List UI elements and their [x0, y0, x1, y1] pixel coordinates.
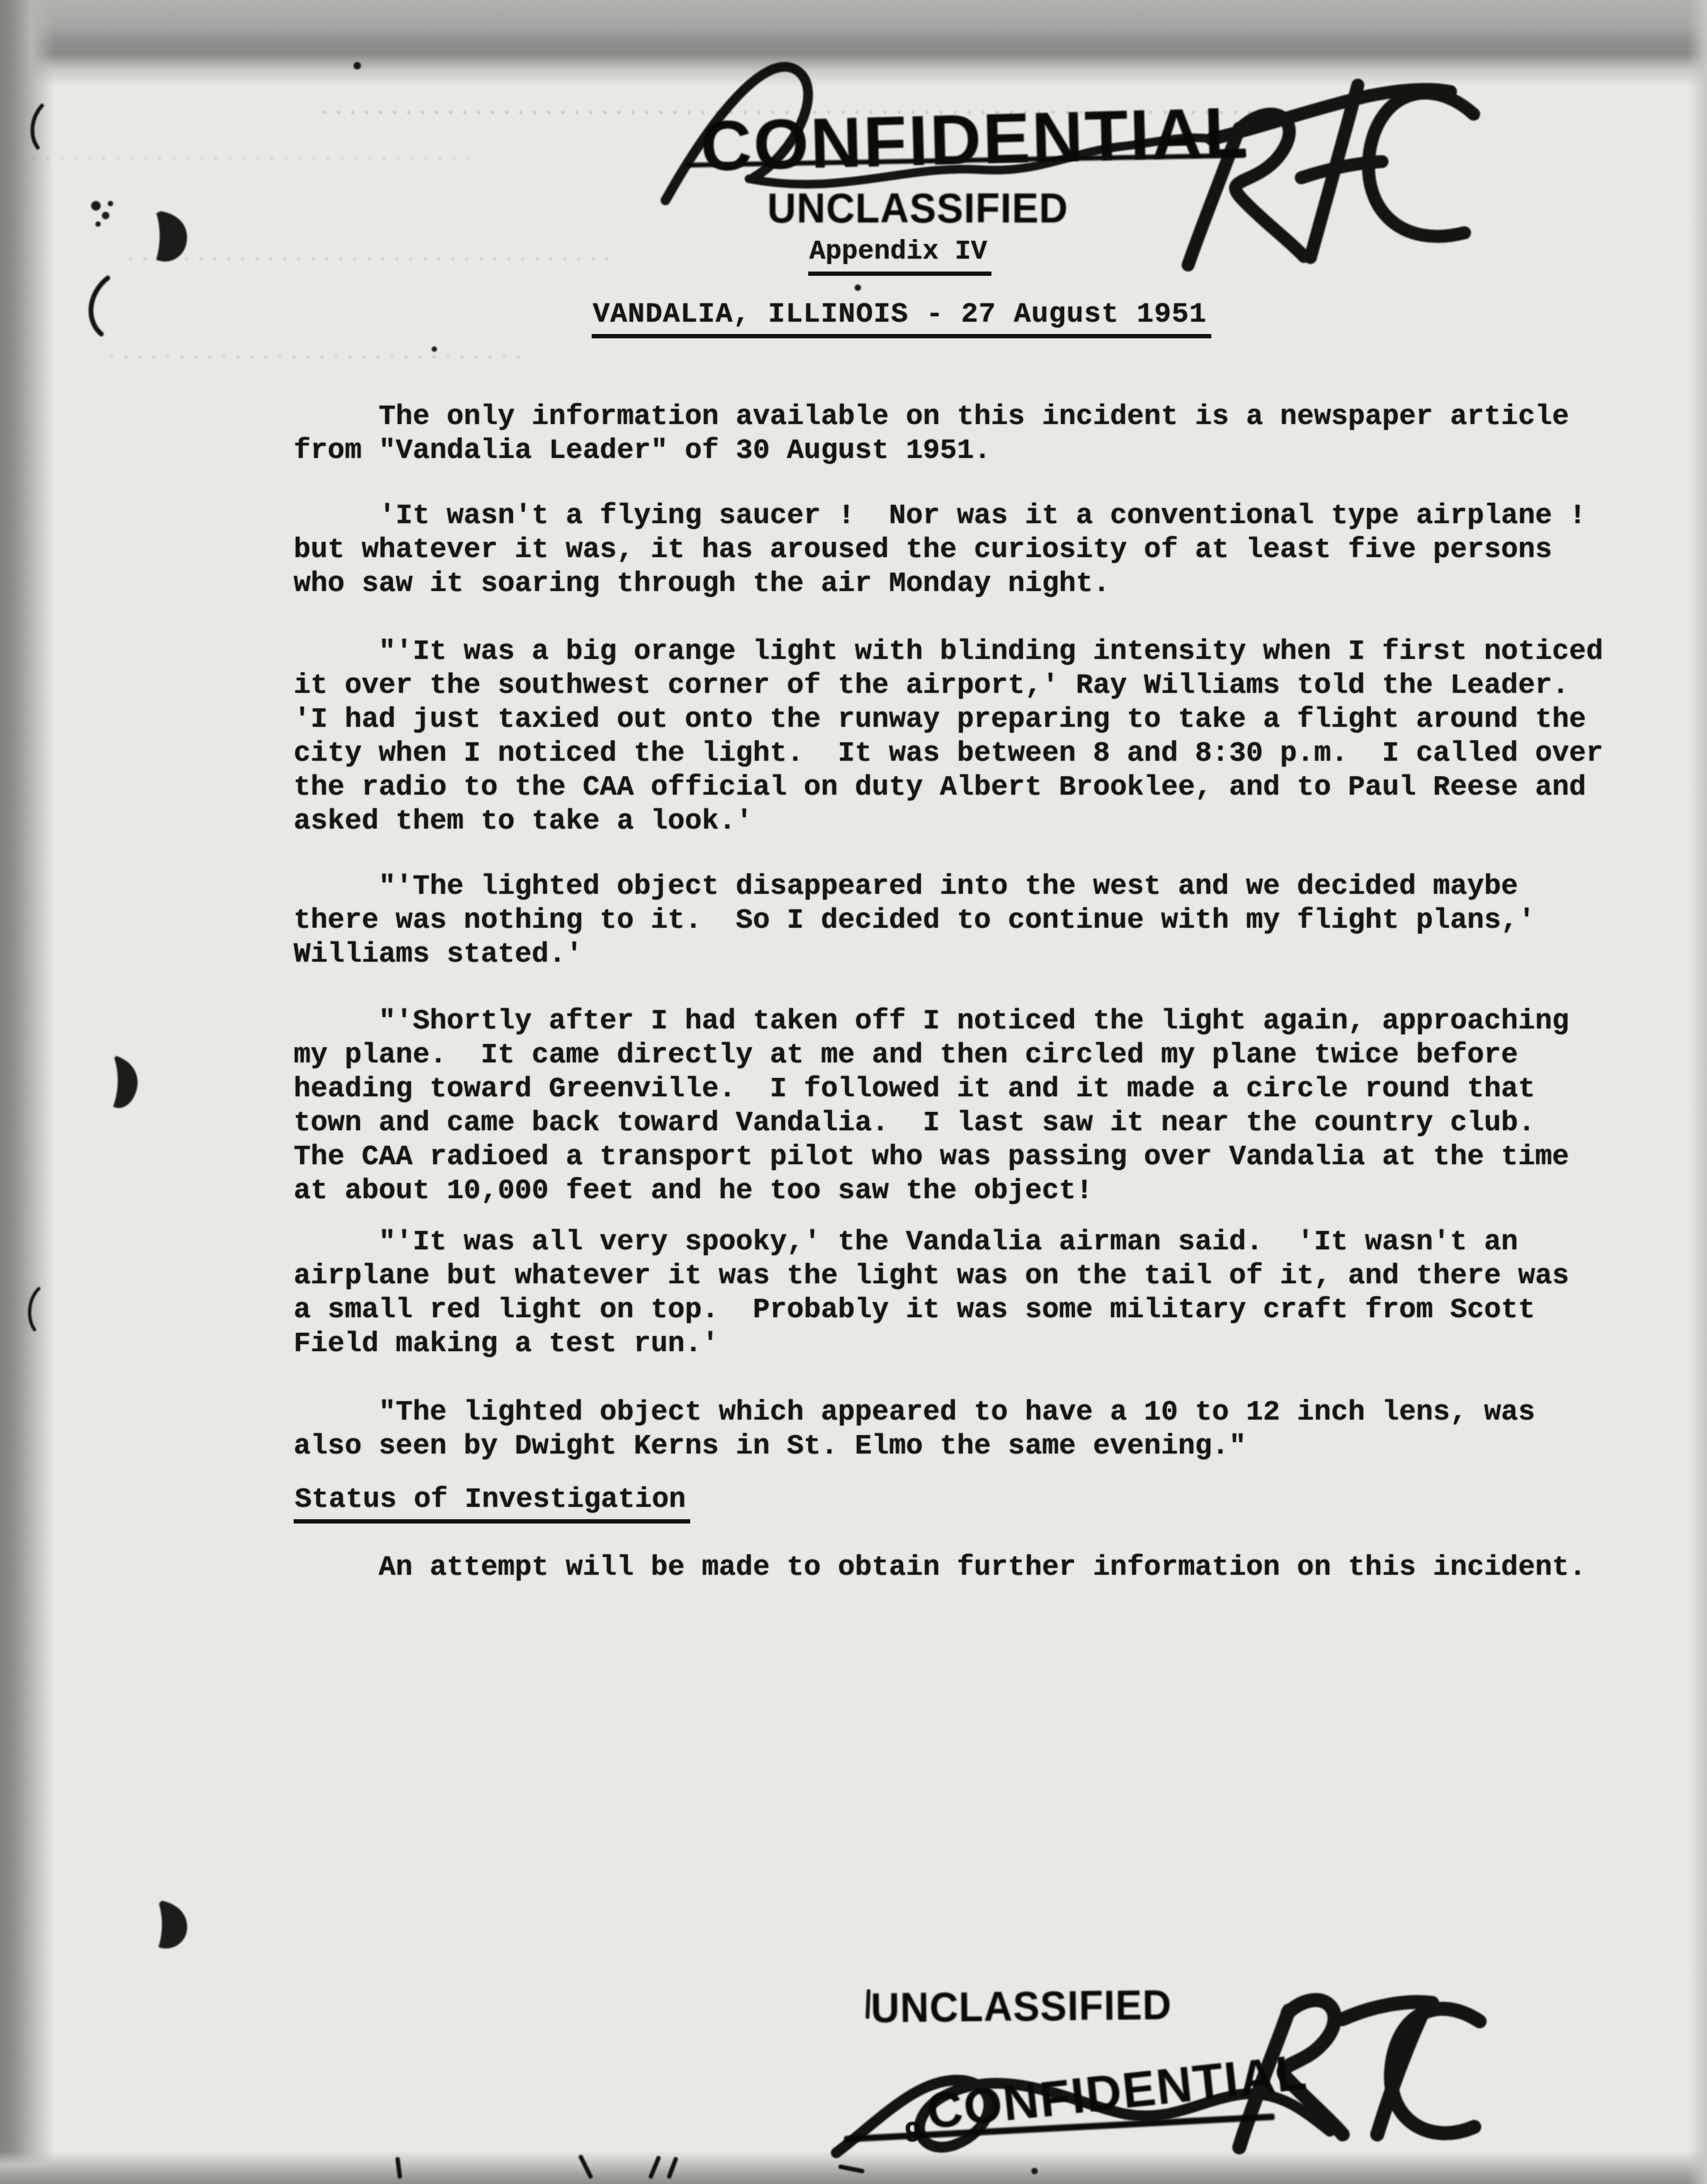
scribble-top-tail [749, 138, 1211, 184]
handwriting-r7c-bottom [1239, 2000, 1480, 2147]
speck [102, 212, 109, 219]
speck [95, 221, 101, 227]
scanned-document-page: CONFIDENTIAL UNCLASSIFIED Appendix IV VA… [0, 0, 1707, 2184]
paren-mark [32, 106, 42, 148]
paren-mark [30, 1289, 39, 1330]
handwritten-marks-layer [0, 0, 1707, 2184]
speck [353, 62, 361, 69]
speck [855, 284, 861, 291]
speck [108, 201, 113, 206]
speck [432, 346, 437, 352]
punch-blob [156, 211, 187, 261]
punch-blob [158, 1901, 187, 1949]
speck [91, 201, 101, 211]
speck [1031, 2168, 1038, 2174]
bottom-edge-marks [398, 2157, 862, 2176]
tick-mark [868, 1991, 869, 2017]
handwriting-rfc-top [1188, 85, 1474, 265]
punch-blob [113, 1056, 137, 1108]
crescent-mark [91, 278, 108, 334]
